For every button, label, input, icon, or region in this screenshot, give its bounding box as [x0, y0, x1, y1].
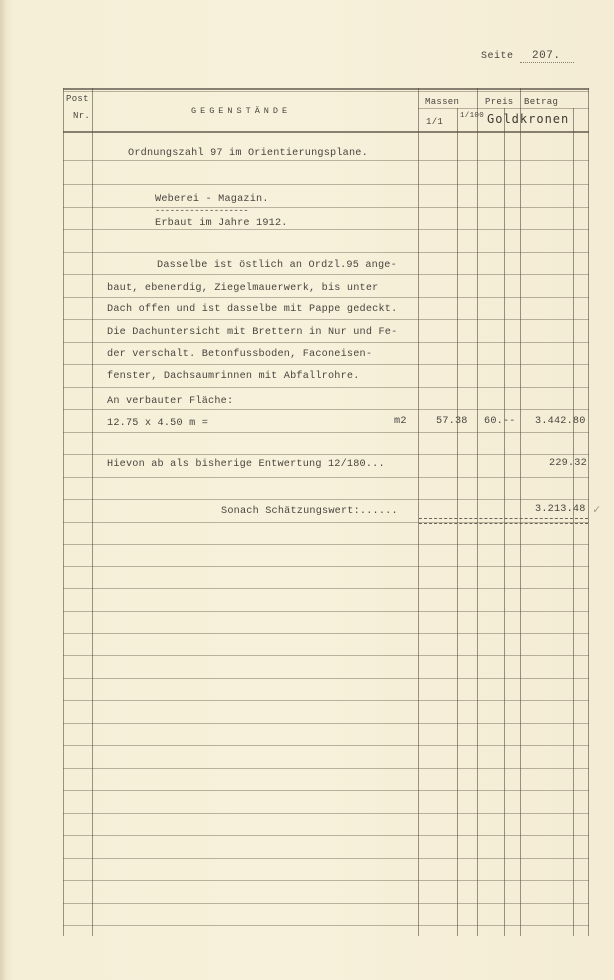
header-post: Post — [66, 94, 89, 104]
title-underline: ------------------- — [155, 206, 248, 216]
desc-line-5: der verschalt. Betonfussboden, Faconeise… — [107, 349, 372, 360]
area-value: 57.38 — [436, 416, 468, 427]
area-calc: 12.75 x 4.50 m = — [107, 418, 208, 429]
page-label: Seite — [481, 51, 514, 62]
desc-line-3: Dach offen und ist dasselbe mit Pappe ge… — [107, 304, 397, 315]
order-number-line: Ordnungszahl 97 im Orientierungsplane. — [128, 148, 368, 159]
header-massen: Massen — [425, 97, 459, 107]
col-rule-massen-right — [477, 88, 478, 936]
estimate-label: Sonach Schätzungswert:...... — [221, 506, 398, 517]
desc-line-1: Dasselbe ist östlich an Ordzl.95 ange- — [157, 260, 397, 271]
col-rule-preis-right — [520, 88, 521, 936]
building-title: Weberei - Magazin. — [155, 194, 269, 205]
built-year: Erbaut im Jahre 1912. — [155, 218, 288, 229]
area-unit: m2 — [394, 416, 407, 427]
header-preis: Preis — [485, 97, 514, 107]
deduction-amount: 229.32 — [549, 458, 587, 469]
double-underline — [419, 518, 588, 524]
col-rule-right — [588, 88, 589, 936]
col-rule-gegen — [418, 88, 419, 936]
desc-line-2: baut, ebenerdig, Ziegelmauerwerk, bis un… — [107, 283, 378, 294]
col-rule-left — [63, 88, 64, 936]
amount: 3.442.80 — [535, 416, 586, 427]
header-bottom-rule — [63, 131, 589, 133]
deduction-label: Hievon ab als bisherige Entwertung 12/18… — [107, 459, 385, 470]
area-label: An verbauter Fläche: — [107, 396, 233, 407]
header-massen-1-100: 1/100 — [460, 112, 484, 120]
desc-line-4: Die Dachuntersicht mit Brettern in Nur u… — [107, 327, 397, 338]
header-betrag: Betrag — [524, 97, 558, 107]
col-rule-post — [92, 88, 93, 936]
ledger-table: Post Nr. GEGENSTÄNDE Massen 1/1 1/100 Pr… — [63, 88, 589, 936]
table-top-rule-2 — [63, 91, 589, 92]
header-nr: Nr. — [73, 111, 90, 121]
currency-stamp: Goldkronen — [487, 112, 569, 126]
header-gegenstaende: GEGENSTÄNDE — [191, 106, 291, 116]
header-massen-1-1: 1/1 — [426, 117, 443, 127]
page-number-value: 207. — [520, 50, 574, 63]
check-mark-icon: ✓ — [593, 502, 600, 517]
desc-line-6: fenster, Dachsaumrinnen mit Abfallrohre. — [107, 371, 360, 382]
unit-price: 60.-- — [484, 416, 516, 427]
table-top-rule — [63, 88, 589, 90]
estimate-amount: 3.213.48 — [535, 504, 586, 515]
page-number: Seite 207. — [481, 50, 574, 63]
